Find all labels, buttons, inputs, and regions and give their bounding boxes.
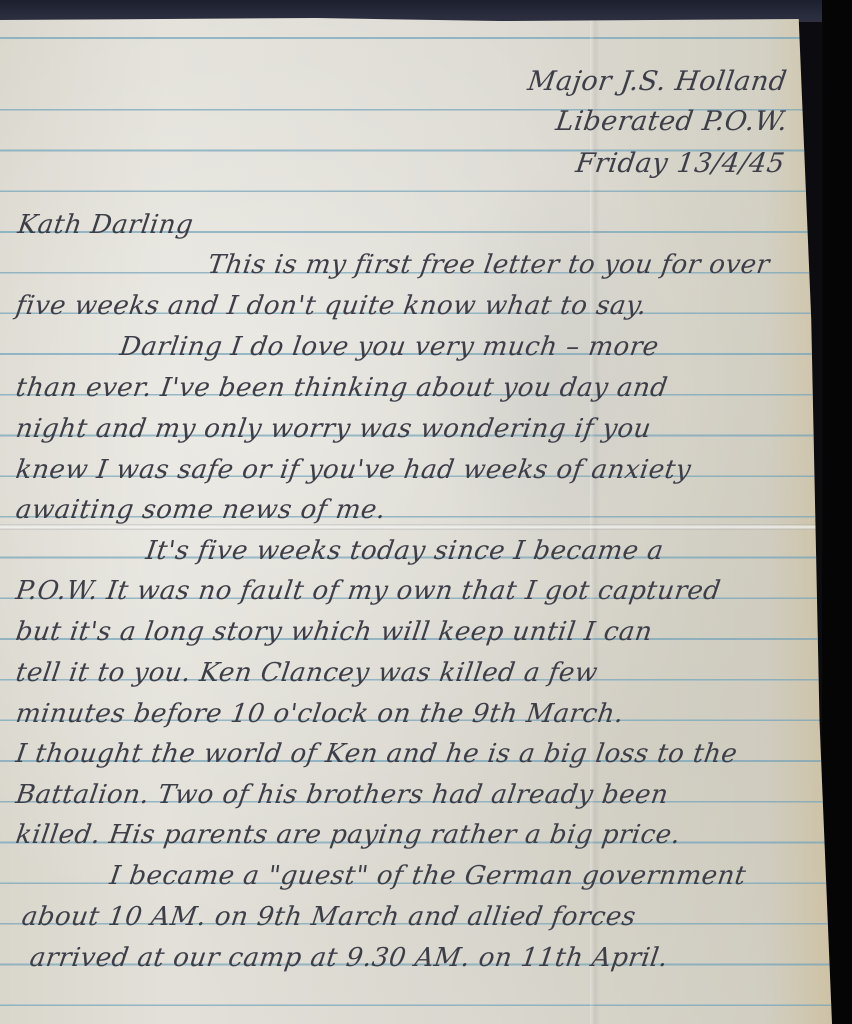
letter-line: Battalion. Two of his brothers had alrea… — [14, 782, 670, 808]
salutation: Kath Darling — [16, 212, 195, 238]
letter-line: It's five weeks today since I became a — [144, 538, 665, 564]
sender-name: Major J.S. Holland — [526, 68, 789, 95]
letter-line: minutes before 10 o'clock on the 9th Mar… — [14, 701, 625, 727]
letter-line: about 10 AM. on 9th March and allied for… — [20, 904, 637, 930]
letter-line: Darling I do love you very much – more — [118, 334, 660, 360]
letter-line: than ever. I've been thinking about you … — [14, 375, 669, 401]
letter-date: Friday 13/4/45 — [574, 150, 786, 177]
letter-line: awaiting some news of me. — [14, 497, 387, 523]
letter-line: but it's a long story which will keep un… — [14, 619, 654, 645]
background-surface-right — [822, 0, 852, 1024]
letter-page: Major J.S. Holland Liberated P.O.W. Frid… — [0, 16, 832, 1024]
letter-line: night and my only worry was wondering if… — [14, 416, 653, 442]
letter-line: killed. His parents are paying rather a … — [14, 822, 682, 848]
letter-line: This is my first free letter to you for … — [206, 252, 771, 278]
letter-line: tell it to you. Ken Clancey was killed a… — [14, 660, 599, 686]
letter-line: I thought the world of Ken and he is a b… — [14, 741, 739, 767]
letter-line: I became a "guest" of the German governm… — [108, 863, 748, 889]
letter-line: P.O.W. It was no fault of my own that I … — [14, 578, 722, 604]
letter-line: knew I was safe or if you've had weeks o… — [14, 457, 693, 483]
letter-line: arrived at our camp at 9.30 AM. on 11th … — [28, 945, 669, 971]
letter-line: five weeks and I don't quite know what t… — [14, 293, 648, 319]
sender-status: Liberated P.O.W. — [554, 108, 789, 135]
background-surface — [0, 0, 852, 22]
